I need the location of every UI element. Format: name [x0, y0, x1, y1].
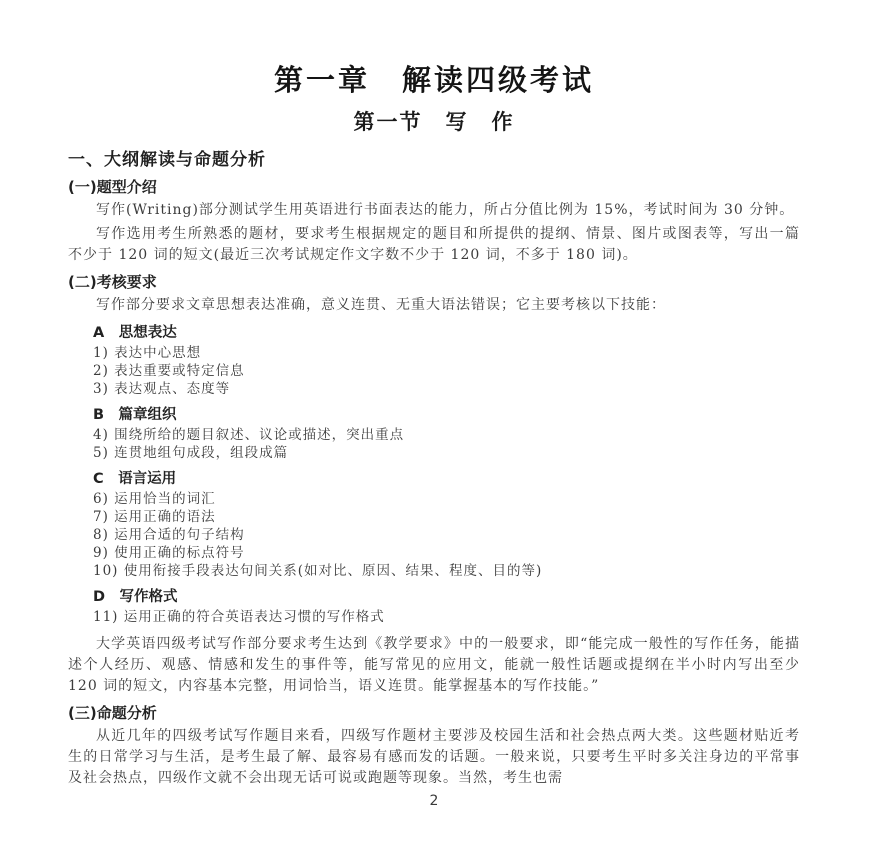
skill-item-2: 2) 表达重要或特定信息 [93, 362, 800, 380]
paragraph-intro-2: 写作选用考生所熟悉的题材，要求考生根据规定的题目和所提供的提纲、情景、图片或图表… [68, 224, 800, 266]
subsection-heading-analysis: (三)命题分析 [68, 704, 800, 723]
skill-item-3: 3) 表达观点、态度等 [93, 380, 800, 398]
skill-item-8: 8) 运用合适的句子结构 [93, 526, 800, 544]
skill-group-label-b: B 篇章组织 [93, 406, 800, 424]
skill-item-6: 6) 运用恰当的词汇 [93, 490, 800, 508]
document-page: 第一章 解读四级考试 第一节 写 作 一、大纲解读与命题分析 (一)题型介绍 写… [0, 0, 870, 842]
page-number: 2 [68, 793, 800, 809]
skill-item-5: 5) 连贯地组句成段，组段成篇 [93, 444, 800, 462]
skill-item-11: 11) 运用正确的符合英语表达习惯的写作格式 [93, 608, 800, 626]
paragraph-assessment-lead: 写作部分要求文章思想表达准确，意义连贯、无重大语法错误；它主要考核以下技能： [68, 295, 800, 316]
skill-groups: A 思想表达 1) 表达中心思想 2) 表达重要或特定信息 3) 表达观点、态度… [93, 324, 800, 626]
paragraph-intro-1: 写作(Writing)部分测试学生用英语进行书面表达的能力，所占分值比例为 15… [68, 200, 800, 221]
part-heading-outline-analysis: 一、大纲解读与命题分析 [68, 150, 800, 171]
chapter-title: 第一章 解读四级考试 [68, 64, 800, 97]
paragraph-analysis: 从近几年的四级考试写作题目来看，四级写作题材主要涉及校园生活和社会热点两大类。这… [68, 726, 800, 789]
skill-item-10: 10) 使用衔接手段表达句间关系(如对比、原因、结果、程度、目的等) [93, 562, 800, 580]
skill-group-label-d: D 写作格式 [93, 588, 800, 606]
subsection-heading-question-type: (一)题型介绍 [68, 178, 800, 197]
paragraph-assessment-closing: 大学英语四级考试写作部分要求考生达到《教学要求》中的一般要求，即“能完成一般性的… [68, 634, 800, 697]
skill-item-1: 1) 表达中心思想 [93, 344, 800, 362]
skill-item-4: 4) 围绕所给的题目叙述、议论或描述，突出重点 [93, 426, 800, 444]
subsection-heading-assessment: (二)考核要求 [68, 273, 800, 292]
skill-item-7: 7) 运用正确的语法 [93, 508, 800, 526]
skill-group-label-c: C 语言运用 [93, 470, 800, 488]
page-content: 第一章 解读四级考试 第一节 写 作 一、大纲解读与命题分析 (一)题型介绍 写… [68, 0, 800, 789]
skill-item-9: 9) 使用正确的标点符号 [93, 544, 800, 562]
section-title: 第一节 写 作 [68, 109, 800, 135]
skill-group-label-a: A 思想表达 [93, 324, 800, 342]
